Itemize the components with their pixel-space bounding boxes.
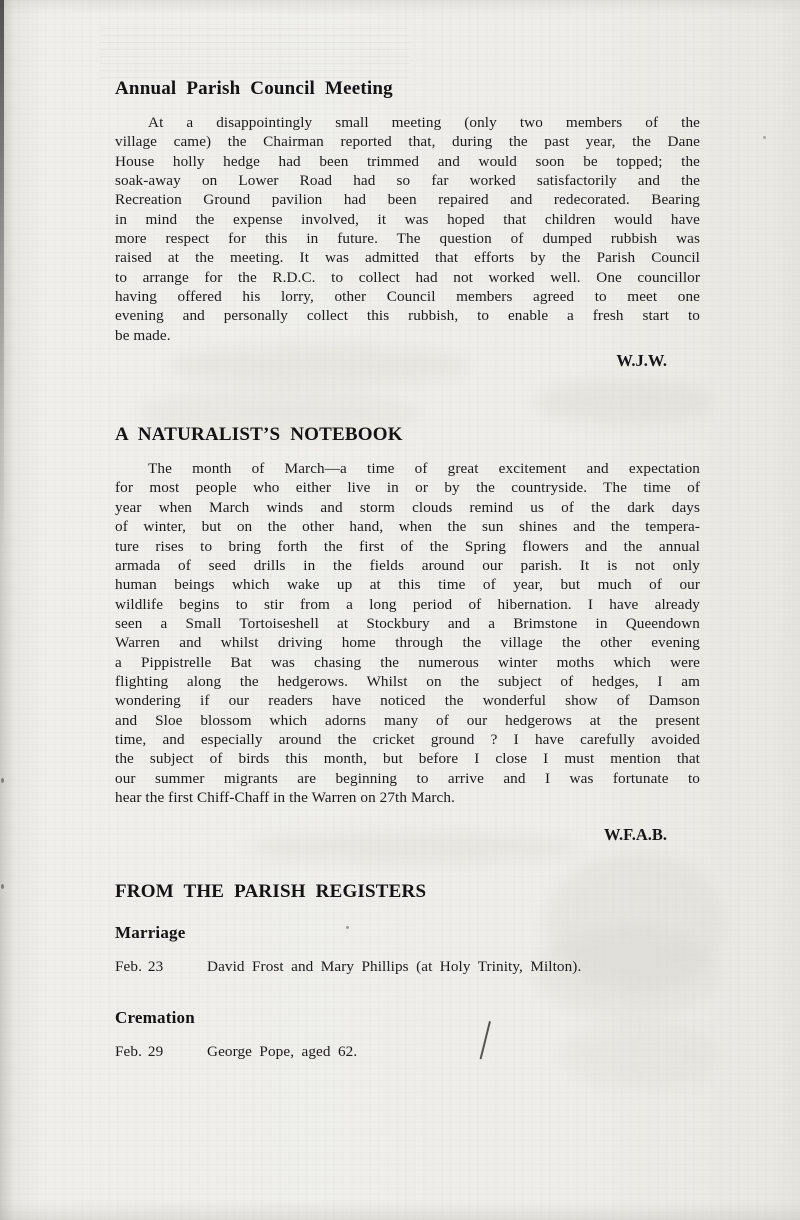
- text-line: time, and especially around the cricket …: [115, 730, 700, 749]
- section-heading: FROM THE PARISH REGISTERS: [115, 881, 700, 903]
- text-line: hear the first Chiff-Chaff in the Warren…: [115, 788, 700, 807]
- text-line: a Pippistrelle Bat was chasing the numer…: [115, 653, 700, 672]
- text-line: At a disappointingly small meeting (only…: [115, 113, 700, 132]
- text-line: Recreation Ground pavilion had been repa…: [115, 190, 700, 209]
- text-line: village came) the Chairman reported that…: [115, 132, 700, 151]
- text-line: armada of seed drills in the fields arou…: [115, 556, 700, 575]
- text-line: to arrange for the R.D.C. to collect had…: [115, 268, 700, 287]
- page-content: Annual Parish Council Meeting At a disap…: [115, 0, 700, 1077]
- section-heading: A NATURALIST’S NOTEBOOK: [115, 424, 700, 446]
- text-line: ture rises to bring forth the first of t…: [115, 537, 700, 556]
- text-line: House holly hedge had been trimmed and w…: [115, 152, 700, 171]
- scan-speck: [1, 884, 4, 889]
- text-line: having offered his lorry, other Council …: [115, 287, 700, 306]
- paragraph: The month of March—a time of great excit…: [115, 459, 700, 807]
- text-line: soak-away on Lower Road had so far worke…: [115, 171, 700, 190]
- text-line: for most people who either live in or by…: [115, 478, 700, 497]
- text-line: year when March winds and storm clouds r…: [115, 498, 700, 517]
- text-line: and Sloe blossom which adorns many of ou…: [115, 711, 700, 730]
- register-entry-text: David Frost and Mary Phillips (at Holy T…: [207, 958, 581, 975]
- scan-speck: [763, 136, 766, 139]
- register-entry: Feb. 23David Frost and Mary Phillips (at…: [115, 957, 700, 976]
- register-entry-text: George Pope, aged 62.: [207, 1043, 357, 1060]
- text-line: evening and personally collect this rubb…: [115, 306, 700, 325]
- text-line: the subject of birds this month, but bef…: [115, 749, 700, 768]
- text-line: in mind the expense involved, it was hop…: [115, 210, 700, 229]
- text-line: human beings which wake up at this time …: [115, 575, 700, 594]
- text-line: flighting along the hedgerows. Whilst on…: [115, 672, 700, 691]
- text-line: of winter, but on the other hand, when t…: [115, 517, 700, 536]
- text-line: Warren and whilst driving home through t…: [115, 633, 700, 652]
- text-line: be made.: [115, 326, 700, 345]
- section-parish-registers: FROM THE PARISH REGISTERS Marriage Feb. …: [115, 881, 700, 1061]
- section-naturalists-notebook: A NATURALIST’S NOTEBOOK The month of Mar…: [115, 424, 700, 845]
- register-subheading-cremation: Cremation: [115, 1007, 700, 1028]
- text-line: wildlife begins to stir from a long peri…: [115, 595, 700, 614]
- section-heading: Annual Parish Council Meeting: [115, 78, 700, 100]
- register-subheading-marriage: Marriage: [115, 922, 700, 943]
- text-line: wondering if our readers have noticed th…: [115, 691, 700, 710]
- paragraph: At a disappointingly small meeting (only…: [115, 113, 700, 345]
- author-initials: W.J.W.: [115, 351, 700, 371]
- text-line: raised at the meeting. It was admitted t…: [115, 248, 700, 267]
- document-page: { "sections": [ { "heading": "Annual Par…: [0, 0, 800, 1220]
- text-line: The month of March—a time of great excit…: [115, 459, 700, 478]
- scan-speck: [1, 778, 4, 783]
- register-entry-date: Feb. 29: [115, 1042, 207, 1061]
- register-entry: Feb. 29George Pope, aged 62.: [115, 1042, 700, 1061]
- text-line: seen a Small Tortoiseshell at Stockbury …: [115, 614, 700, 633]
- author-initials: W.F.A.B.: [115, 825, 700, 845]
- text-line: our summer migrants are beginning to arr…: [115, 769, 700, 788]
- text-line: more respect for this in future. The que…: [115, 229, 700, 248]
- section-annual-parish-council-meeting: Annual Parish Council Meeting At a disap…: [115, 78, 700, 371]
- scan-edge-soft-shadow: [0, 0, 14, 1220]
- register-entry-date: Feb. 23: [115, 957, 207, 976]
